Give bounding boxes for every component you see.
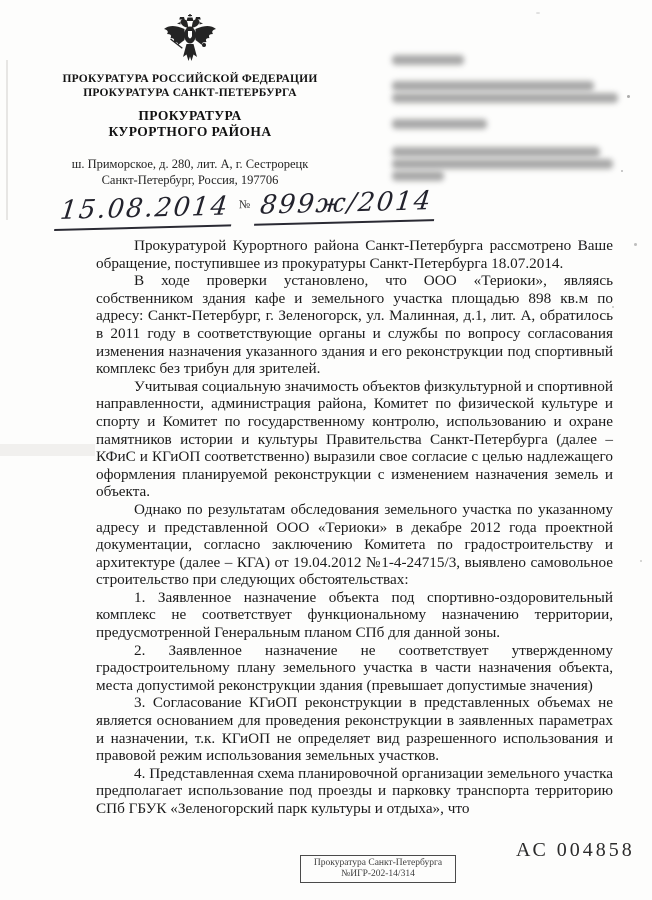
redacted-line	[392, 55, 464, 65]
redacted-line	[392, 81, 594, 91]
number-sign: №	[239, 197, 251, 212]
scan-band-artifact	[0, 444, 95, 456]
double-headed-eagle-icon	[160, 14, 220, 66]
letterhead: ПРОКУРАТУРА РОССИЙСКОЙ ФЕДЕРАЦИИ ПРОКУРА…	[38, 14, 342, 188]
registry-stamp-org: Прокуратура Санкт-Петербурга	[303, 858, 453, 869]
address-street: ш. Приморское, д. 280, лит. А, г. Сестро…	[38, 156, 342, 172]
registry-stamp: Прокуратура Санкт-Петербурга №ИГР-202-14…	[300, 855, 456, 883]
paragraph-findings: В ходе проверки установлено, что ООО «Те…	[96, 272, 613, 378]
paragraph-item-3: 3. Согласование КГиОП реконструкции в пр…	[96, 694, 613, 764]
scan-speck	[627, 95, 630, 98]
scan-speck	[640, 560, 642, 562]
letter-body: Прокуратурой Курортного района Санкт-Пет…	[96, 237, 613, 818]
paragraph-intro: Прокуратурой Курортного района Санкт-Пет…	[96, 237, 613, 272]
scan-speck	[612, 306, 614, 308]
paragraph-violations-intro: Однако по результатам обследования земел…	[96, 501, 613, 589]
letterhead-address: ш. Приморское, д. 280, лит. А, г. Сестро…	[38, 156, 342, 188]
address-city-zip: Санкт-Петербург, Россия, 197706	[38, 172, 342, 188]
scan-speck	[536, 12, 540, 14]
redacted-line	[392, 159, 613, 169]
paragraph-item-2: 2. Заявленное назначение не соответствуе…	[96, 642, 613, 695]
redacted-line	[392, 119, 487, 129]
handwritten-date: 15.08.2014	[54, 191, 235, 231]
office-name-line2: КУРОРТНОГО РАЙОНА	[38, 124, 342, 140]
redacted-line	[392, 171, 444, 181]
office-name-block: ПРОКУРАТУРА КУРОРТНОГО РАЙОНА	[38, 108, 342, 140]
scanned-letter-page: ПРОКУРАТУРА РОССИЙСКОЙ ФЕДЕРАЦИИ ПРОКУРА…	[0, 0, 652, 900]
scan-speck	[621, 170, 623, 172]
paragraph-item-1: 1. Заявленное назначение объекта под спо…	[96, 589, 613, 642]
handwritten-outgoing-number: 899ж/2014	[254, 186, 438, 226]
org-name-city: ПРОКУРАТУРА САНКТ-ПЕТЕРБУРГА	[38, 86, 342, 100]
registry-stamp-number: №ИГР-202-14/314	[303, 869, 453, 880]
redacted-recipient-block	[392, 52, 632, 190]
handwritten-dateline: 15.08.2014№899ж/2014	[56, 186, 437, 231]
scan-speck	[634, 243, 637, 246]
org-name-federation: ПРОКУРАТУРА РОССИЙСКОЙ ФЕДЕРАЦИИ	[38, 72, 342, 86]
scan-edge-artifact	[6, 60, 8, 220]
paragraph-item-4: 4. Представленная схема планировочной ор…	[96, 765, 613, 818]
form-blank-number: АС 004858	[516, 839, 635, 862]
redacted-line	[392, 93, 618, 103]
office-name-line1: ПРОКУРАТУРА	[38, 108, 342, 124]
paragraph-committees: Учитывая социальную значимость объектов …	[96, 378, 613, 501]
redacted-line	[392, 147, 600, 157]
